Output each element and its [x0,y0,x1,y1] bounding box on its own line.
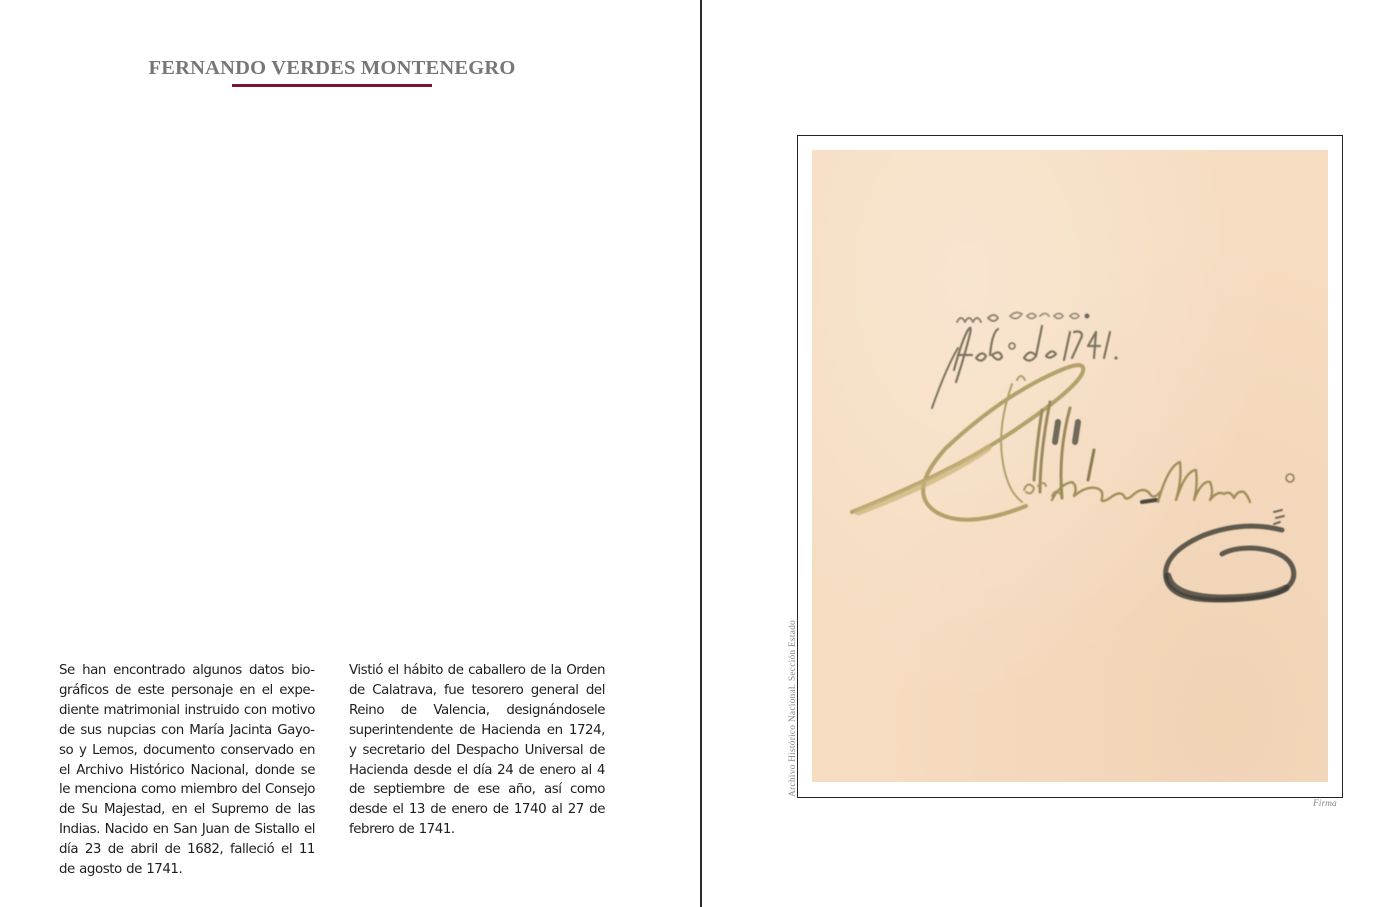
image-frame [797,135,1343,798]
title-underline [232,84,432,87]
signature-handwriting-icon [812,150,1328,782]
page-title: FERNANDO VERDES MONTENEGRO [0,57,664,80]
right-page: Archivo Histórico Nacional. Sección Esta… [703,0,1391,907]
signature-image [812,150,1328,782]
body-text-column-1: Se han encontrado algunos datos bio­gráf… [59,661,315,880]
page-spine-divider [700,0,702,907]
left-page: FERNANDO VERDES MONTENEGRO Se han encont… [0,0,700,907]
image-credit: Archivo Histórico Nacional. Sección Esta… [788,620,798,797]
body-text-column-2: Vistió el hábito de caballero de la Orde… [349,661,605,840]
image-caption: Firma [1313,799,1337,809]
